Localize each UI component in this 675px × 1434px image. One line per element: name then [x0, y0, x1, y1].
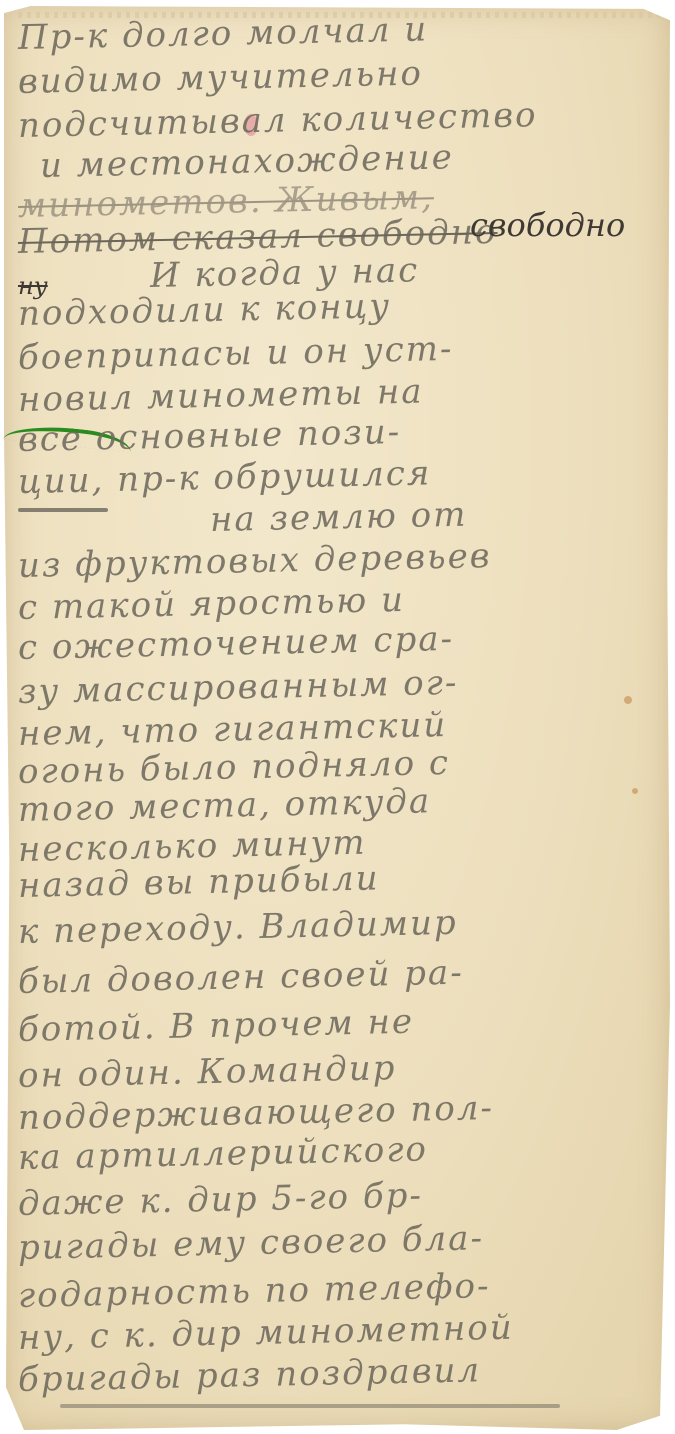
inserted-word-annotation: свободно — [470, 206, 625, 244]
margin-dash — [18, 508, 108, 512]
margin-insert-annotation: ну — [18, 272, 48, 300]
bottom-scribble — [60, 1404, 560, 1408]
